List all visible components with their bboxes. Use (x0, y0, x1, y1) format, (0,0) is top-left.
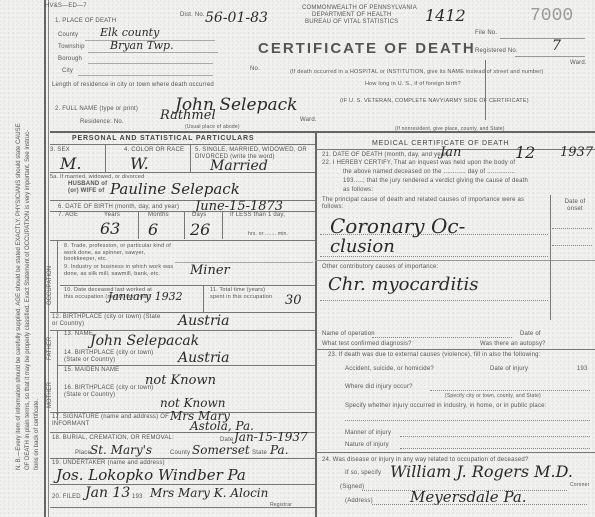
side-note-2: OF DEATH in plain terms, so that it may … (25, 10, 31, 470)
spouse-label-2: HUSBAND of (68, 181, 107, 187)
form-number: HV&S—ED—7 (45, 3, 87, 9)
no-label: No. (250, 66, 260, 72)
center-divider (315, 131, 317, 517)
date-onset-label: Date of onset (560, 199, 590, 213)
where-hint: (Specify city or town, county, and State… (445, 393, 541, 399)
other-cause-value: Chr. myocarditis (328, 274, 478, 295)
dod-label: 21. DATE OF DEATH (month, day, and year) (322, 152, 449, 158)
foreign-birth-label: How long in U. S., if of foreign birth? (365, 81, 461, 87)
burial-place-value: St. Mary's (90, 443, 152, 457)
certify-line-2: the above named deceased on the ........… (343, 169, 515, 175)
physician-signature: William J. Rogers M.D. (390, 462, 573, 481)
spouse-value: Pauline Selepack (110, 180, 240, 198)
sex-value: M. (60, 154, 81, 173)
margin-rule (48, 0, 49, 517)
mother-birthplace-value: not Known (160, 396, 226, 410)
mother-birthplace-label: 16. BIRTHPLACE (city or town) (State or … (64, 385, 164, 398)
burial-county-value: Somerset (192, 443, 250, 457)
handwritten-number: 1412 (425, 6, 466, 25)
filed-label: 20. FILED (52, 494, 81, 500)
filed-year-label: 193 (132, 494, 143, 500)
file-number-stamp: 7000 (530, 6, 573, 26)
burial-label: 18. BURIAL, CREMATION, OR REMOVAL: (52, 435, 174, 441)
certify-line-1: 22. I HEREBY CERTIFY, That an inquest wa… (322, 160, 515, 166)
coroner-label: Coroner (570, 482, 589, 488)
date-injury-label: Date of injury (490, 366, 528, 372)
burial-county-label: County (170, 450, 190, 456)
dod-day: 12 (515, 143, 535, 162)
ward-label: Ward. (570, 60, 587, 66)
margin-rule (44, 0, 46, 517)
father-birthplace-value: Austria (178, 350, 229, 366)
signed-label: (Signed) (340, 484, 364, 490)
side-note-1: N. B.—Every item of information should b… (16, 10, 22, 470)
diagnosis-label: What test confirmed diagnosis? (322, 341, 412, 347)
manner-label: Manner of injury (345, 430, 391, 436)
dod-month: Jan (440, 145, 461, 160)
registered-no-value: 7 (552, 38, 561, 54)
onset-column (550, 195, 551, 260)
dod-year: 1937 (560, 145, 593, 160)
burial-state-value: Pa. (270, 443, 289, 457)
occupation-side-label: OCCUPATION (47, 266, 53, 305)
section-rule (50, 131, 595, 133)
birthplace-value: Austria (178, 313, 229, 329)
mother-side-label: MOTHER (47, 382, 53, 408)
date-of-label: Date of (520, 331, 541, 337)
side-note-3: tions on back of certificate. (34, 270, 40, 470)
residence-value: Rathmel (160, 108, 216, 123)
death-certificate: N. B.—Every item of information should b… (0, 0, 595, 517)
last-worked-value: January 1932 (108, 290, 183, 303)
external-causes-label: 23. If death was due to external causes … (328, 352, 541, 358)
city-label: City (62, 68, 73, 74)
burial-date-value: Jan-15-1937 (234, 430, 308, 444)
accident-label: Accident, suicide, or homicide? (345, 366, 434, 372)
less-than-day: If LESS than 1 day, (230, 212, 285, 218)
dist-value: 56-01-83 (205, 10, 268, 26)
certify-line-3: 193.....; that the jury rendered a verdi… (343, 178, 528, 184)
color-label: 4. COLOR OR RACE (124, 147, 184, 153)
state-line-3: BUREAU OF VITAL STATISTICS (305, 19, 398, 25)
informant-label: 17. SIGNATURE (name and address) OF INFO… (52, 414, 172, 427)
father-name-value: John Selepacak (90, 333, 199, 349)
certify-line-4: as follows: (343, 187, 373, 193)
hospital-note: (If death occurred in a HOSPITAL or INST… (290, 69, 543, 75)
date-injury-year: 193 (577, 366, 588, 372)
color-value: W. (130, 154, 149, 173)
township-value: Bryan Twp. (110, 39, 174, 52)
days-label: Days (192, 212, 206, 218)
spouse-label-3: (or) WIFE of (68, 188, 104, 194)
state-line-1: COMMONWEALTH OF PENNSYLVANIA (302, 5, 417, 11)
father-birthplace-label: 14. BIRTHPLACE (city or town) (State or … (64, 350, 164, 363)
sex-label: 3. SEX (50, 147, 70, 153)
ward-label-2: Ward. (300, 117, 317, 123)
hrs-min: hrs. or ....... min. (248, 231, 288, 237)
dob-label: 6. DATE OF BIRTH (month, day, and year) (58, 204, 179, 210)
trade-label: 8. Trade, profession, or particular kind… (64, 243, 174, 263)
address-label: (Address) (345, 498, 373, 504)
undertaker-value: Jos. Lokopko Windber Pa (56, 466, 246, 484)
usual-place-note: (Usual place of abode) (185, 124, 240, 130)
father-name-label: 13. NAME (64, 331, 93, 337)
total-time-label: 11. Total time (years) spent in this occ… (210, 287, 280, 300)
borough-label: Borough (58, 56, 82, 62)
certificate-title: CERTIFICATE OF DEATH (258, 40, 476, 57)
industry-label: 9. Industry or business in which work wa… (64, 264, 174, 277)
months-label: Months (148, 212, 169, 218)
mother-maiden-label: 15. MAIDEN NAME (64, 367, 119, 373)
veteran-note: (IF U. S. VETERAN, COMPLETE NAVY/ARMY SI… (340, 98, 529, 104)
where-label: Where did injury occur? (345, 384, 413, 390)
occupation-box (57, 240, 58, 312)
filed-date: Jan 13 (85, 485, 130, 501)
registered-no-label: Registered No. (475, 48, 518, 54)
other-causes-label: Other contributory causes of importance: (322, 264, 438, 270)
place-of-death-label: 1. PLACE OF DEATH (55, 18, 116, 24)
burial-state-label: State (252, 450, 267, 456)
if-so-label: If so, specify (345, 470, 381, 476)
industry-value: Miner (190, 263, 230, 278)
personal-section-title: PERSONAL AND STATISTICAL PARTICULARS (72, 135, 254, 142)
principal-cause-label: The principal cause of death and related… (322, 197, 542, 211)
county-value: Elk county (100, 26, 159, 39)
divider (485, 60, 486, 120)
age-days: 26 (190, 220, 210, 239)
cause-line-2: clusion (330, 236, 395, 257)
township-label: Township (58, 44, 85, 50)
age-label: 7. AGE (58, 212, 78, 218)
age-years: 63 (100, 219, 120, 238)
birthplace-label: 12. BIRTHPLACE (city or town) (State or … (52, 314, 162, 327)
age-months: 6 (148, 220, 158, 239)
parents-box (57, 330, 58, 420)
years-label: Years (104, 212, 120, 218)
file-no-label: File No. (475, 30, 497, 36)
father-side-label: FATHER (47, 337, 53, 360)
county-label: County (58, 32, 78, 38)
registrar-value: Mrs Mary K. Alocin (150, 486, 268, 500)
dist-label: Dist. No. (180, 12, 205, 18)
full-name-label: 2. FULL NAME (type or print) (55, 106, 138, 112)
operation-label: Name of operation (322, 331, 375, 337)
nature-label: Nature of injury (345, 442, 389, 448)
state-line-2: DEPARTMENT OF HEALTH (312, 12, 392, 18)
residence-label: Residence: No. (80, 119, 124, 125)
burial-place-label: Place (75, 450, 91, 456)
residence-length-label: Length of residence in city or town wher… (52, 82, 214, 88)
specify-label: Specify whether injury occurred in indus… (345, 403, 547, 409)
total-time-value: 30 (285, 293, 302, 308)
autopsy-label: Was there an autopsy? (480, 341, 546, 347)
